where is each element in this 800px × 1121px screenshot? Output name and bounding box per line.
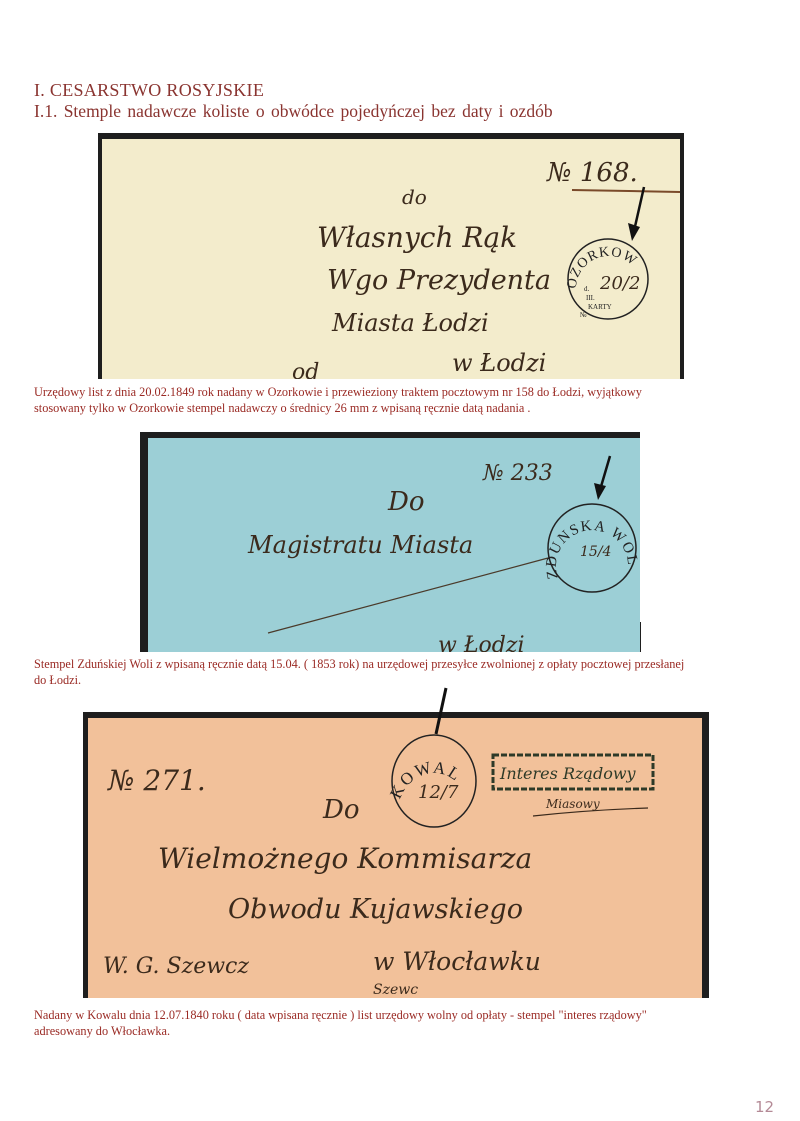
postmark-text: d.	[584, 285, 590, 293]
postmark-kowal: KOWAL 12/7	[386, 735, 476, 827]
postmark-ozorkow: OZORKOW 20/2 d. III. KARTY №	[565, 239, 648, 319]
envelope-paper: № 233 Do Magistratu Miasta w Łodzi ZDUNS…	[148, 438, 640, 652]
handwritten-number: № 271.	[107, 764, 206, 797]
page-number: 12	[755, 1098, 774, 1116]
handwriting-line: Do	[387, 487, 425, 517]
handwriting-line: od	[292, 360, 319, 379]
handwriting-line: Szewc	[373, 982, 418, 998]
handwriting-line: w Włocławku	[373, 947, 541, 976]
handwriting-line: do	[402, 185, 427, 209]
envelope-paper: № 168. do Własnych Rąk Wgo Prezydenta Mi…	[102, 139, 680, 379]
caption-line: Urzędowy list z dnia 20.02.1849 rok nada…	[34, 384, 754, 400]
caption-line: Stempel Zduńskiej Woli z wpisaną ręcznie…	[34, 656, 754, 672]
arrow-icon	[594, 456, 610, 500]
box-stamp-note: Miasowy	[545, 797, 600, 811]
arrow-icon	[628, 187, 644, 241]
caption-ozorkow: Urzędowy list z dnia 20.02.1849 rok nada…	[34, 384, 754, 416]
postmark-text: №	[580, 311, 587, 319]
handwriting-line: w Łodzi	[452, 349, 546, 377]
box-stamp-text: Interes Rządowy	[499, 764, 637, 783]
section-title: I. CESARSTWO ROSYJSKIE	[34, 80, 264, 101]
handwriting-line: w Łodzi	[438, 633, 525, 652]
postmark-date: 15/4	[580, 544, 611, 560]
caption-line: stosowany tylko w Ozorkowie stempel nada…	[34, 400, 754, 416]
caption-kowal: Nadany w Kowalu dnia 12.07.1840 roku ( d…	[34, 1007, 754, 1039]
caption-line: adresowany do Włocławka.	[34, 1023, 754, 1039]
envelope-paper: № 271. Do Wielmożnego Kommisarza Obwodu …	[88, 718, 702, 998]
handwriting-line: Do	[322, 795, 360, 825]
handwriting-line: Obwodu Kujawskiego	[228, 894, 523, 925]
handwriting-line: Magistratu Miasta	[247, 531, 473, 559]
caption-zdunska-wola: Stempel Zduńskiej Woli z wpisaną ręcznie…	[34, 656, 754, 688]
envelope-image: № 168. do Własnych Rąk Wgo Prezydenta Mi…	[102, 139, 680, 379]
box-stamp-interes-rzadowy: Interes Rządowy	[493, 755, 653, 789]
handwriting-line: Miasta Łodzi	[331, 309, 489, 337]
handwriting-line: Wgo Prezydenta	[327, 265, 551, 296]
postmark-date: 20/2	[599, 273, 640, 294]
postmark-text: KARTY	[588, 303, 612, 311]
handwritten-number: № 233	[482, 461, 553, 486]
postmark-text: III.	[586, 294, 595, 302]
envelope-image: № 233 Do Magistratu Miasta w Łodzi ZDUNS…	[148, 438, 640, 652]
handwritten-number: № 168.	[546, 158, 638, 188]
caption-line: do Łodzi.	[34, 672, 754, 688]
caption-line: Nadany w Kowalu dnia 12.07.1840 roku ( d…	[34, 1007, 754, 1023]
section-subtitle: I.1. Stemple nadawcze koliste o obwódce …	[34, 101, 553, 122]
handwriting-line: Własnych Rąk	[317, 221, 517, 254]
arrow-icon	[420, 686, 460, 746]
handwriting-line: Wielmożnego Kommisarza	[158, 842, 532, 875]
postmark-date: 12/7	[418, 782, 459, 803]
handwriting-line: W. G. Szewcz	[103, 954, 249, 979]
envelope-image: № 271. Do Wielmożnego Kommisarza Obwodu …	[88, 718, 702, 998]
